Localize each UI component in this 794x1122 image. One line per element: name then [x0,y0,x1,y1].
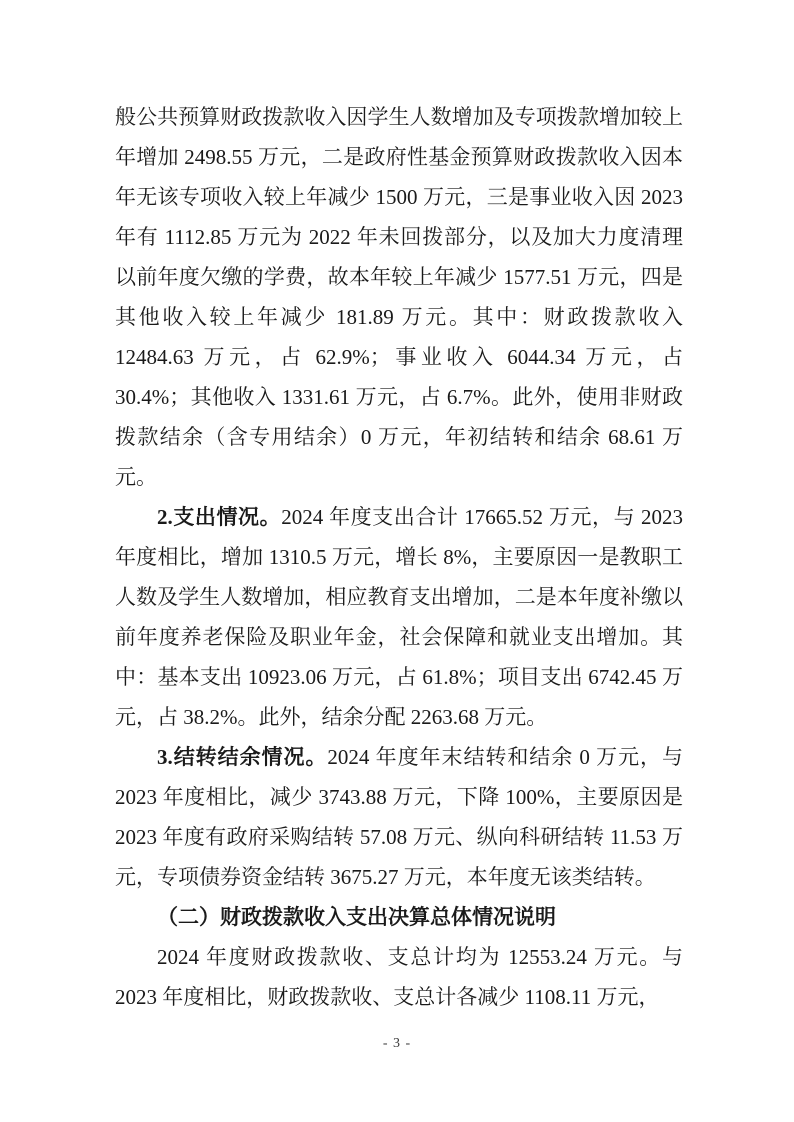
paragraph-fiscal-totals: 2024 年度财政拨款收、支总计均为 12553.24 万元。与 2023 年度… [115,937,683,1017]
paragraph-income-continued: 般公共预算财政拨款收入因学生人数增加及专项拨款增加较上年增加 2498.55 万… [115,97,683,497]
paragraph-text: 2024 年度支出合计 17665.52 万元，与 2023 年度相比，增加 1… [115,505,683,729]
paragraph-text: 2024 年度财政拨款收、支总计均为 12553.24 万元。与 2023 年度… [115,945,683,1009]
paragraph-carryover: 3.结转结余情况。2024 年度年末结转和结余 0 万元，与 2023 年度相比… [115,737,683,897]
document-body: 般公共预算财政拨款收入因学生人数增加及专项拨款增加较上年增加 2498.55 万… [115,97,683,1017]
paragraph-lead-bold: 3.结转结余情况。 [157,745,327,769]
paragraph-lead-bold: 2.支出情况。 [157,505,281,529]
paragraph-text: 般公共预算财政拨款收入因学生人数增加及专项拨款增加较上年增加 2498.55 万… [115,105,683,489]
paragraph-expenditure: 2.支出情况。2024 年度支出合计 17665.52 万元，与 2023 年度… [115,497,683,737]
page-number: - 3 - [0,1034,794,1054]
section-heading-fiscal-appropriation: （二）财政拨款收入支出决算总体情况说明 [115,897,683,937]
document-page: 般公共预算财政拨款收入因学生人数增加及专项拨款增加较上年增加 2498.55 万… [0,0,794,1122]
